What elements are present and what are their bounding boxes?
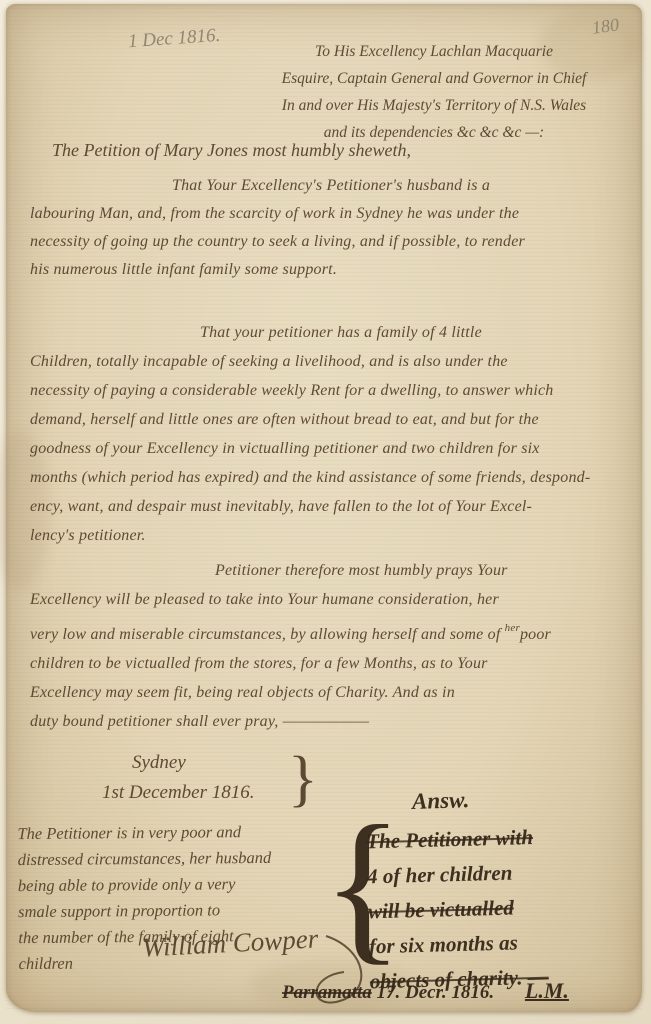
manuscript-line: That your petitioner has a family of 4 l… (30, 318, 590, 347)
petition-paragraph-3: Petitioner therefore most humbly prays Y… (30, 556, 551, 736)
manuscript-line: will be victualled (368, 890, 548, 930)
manuscript-line: being able to provide only a very (18, 871, 272, 899)
address-line: In and over His Majesty's Territory of N… (238, 92, 630, 119)
manuscript-line: The Petitioner is in very poor and (17, 819, 271, 847)
manuscript-line: children to be victualled from the store… (30, 649, 551, 678)
address-line: To His Excellency Lachlan Macquarie (238, 38, 630, 65)
line-text: very low and miserable circumstances, by… (30, 626, 505, 643)
manuscript-line: necessity of going up the country to see… (30, 228, 525, 256)
manuscript-line: duty bound petitioner shall ever pray, —… (30, 707, 551, 736)
folio-number: 180 (591, 14, 621, 39)
manuscript-line: for six months as (368, 925, 548, 965)
manuscript-line: lency's petitioner. (30, 521, 590, 550)
manuscript-line: demand, herself and little ones are ofte… (30, 405, 590, 434)
manuscript-line: labouring Man, and, from the scarcity of… (30, 200, 525, 228)
manuscript-line: Excellency will be pleased to take into … (30, 585, 551, 614)
address-block: To His Excellency Lachlan Macquarie Esqu… (238, 38, 630, 146)
manuscript-line: goodness of your Excellency in victualli… (30, 434, 590, 463)
address-line: Esquire, Captain General and Governor in… (238, 65, 630, 92)
manuscript-line: The Petitioner with (366, 820, 546, 860)
interlinear-insertion: her (505, 622, 520, 634)
manuscript-line: Excellency may seem fit, being real obje… (30, 678, 551, 707)
date-line: 1st December 1816. (102, 782, 255, 804)
line-text: poor (520, 626, 551, 643)
dateline-brace: } (288, 744, 318, 815)
answer-place: Parramatta (282, 982, 372, 1003)
petition-paragraph-1: That Your Excellency's Petitioner's husb… (30, 172, 525, 284)
manuscript-line: necessity of paying a considerable weekl… (30, 376, 590, 405)
manuscript-line: months (which period has expired) and th… (30, 463, 590, 492)
manuscript-line: distressed circumstances, her husband (18, 845, 272, 873)
petition-heading: The Petition of Mary Jones most humbly s… (52, 140, 411, 161)
manuscript-line: his numerous little infant family some s… (30, 256, 525, 284)
manuscript-line: Petitioner therefore most humbly prays Y… (30, 556, 551, 585)
manuscript-line: 4 of her children (367, 855, 547, 895)
answer-dateline: Parramatta 17. Decr. 1816. L.M. (282, 978, 569, 1004)
answer-heading: Answ. (412, 787, 470, 815)
petition-paragraph-2: That your petitioner has a family of 4 l… (30, 318, 590, 550)
manuscript-line: That Your Excellency's Petitioner's husb… (30, 172, 525, 200)
manuscript-line: ency, want, and despair must inevitably,… (30, 492, 590, 521)
manuscript-line: smale support in proportion to (18, 897, 272, 925)
answer-block: The Petitioner with 4 of her children wi… (366, 820, 549, 1000)
manuscript-line: very low and miserable circumstances, by… (30, 614, 551, 649)
manuscript-photo: { "annotations": { "date_stamp": "1 Dec … (0, 0, 651, 1024)
answer-date: 17. Decr. 1816. (376, 982, 494, 1003)
governor-initials: L.M. (525, 978, 569, 1003)
place-line: Sydney (132, 752, 186, 774)
manuscript-line: Children, totally incapable of seeking a… (30, 347, 590, 376)
